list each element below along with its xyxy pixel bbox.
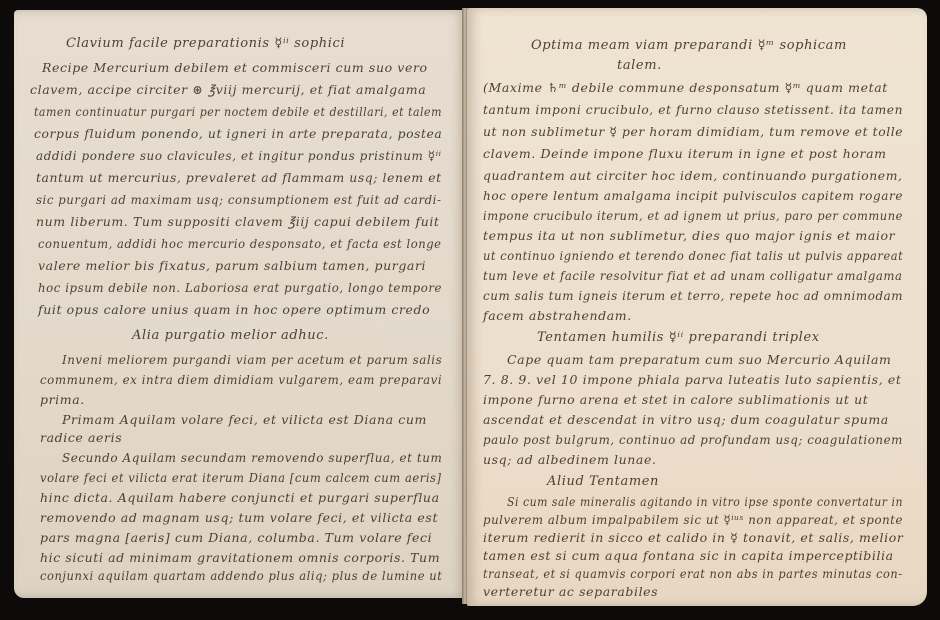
manuscript-line: Recipe Mercurium debilem et commisceri c… (42, 60, 428, 75)
right-manuscript-page: Optima meam viam preparandi ☿ᵐ sophicam … (467, 8, 927, 606)
manuscript-line: num liberum. Tum suppositi clavem ℥iij c… (36, 214, 440, 229)
left-manuscript-page: Clavium facile preparationis ☿ⁱⁱ sophici… (14, 10, 466, 598)
manuscript-line: tantum imponi crucibulo, et furno clauso… (483, 102, 903, 117)
manuscript-line: cum salis tum igneis iterum et terro, re… (483, 288, 903, 303)
manuscript-line: Si cum sale mineralis agitando in vitro … (507, 494, 903, 509)
manuscript-line: tantum ut mercurius, prevaleret ad flamm… (36, 170, 442, 185)
manuscript-line: ut non sublimetur ☿ per horam dimidiam, … (483, 124, 903, 139)
manuscript-line: removendo ad magnam usq; tum volare feci… (40, 510, 438, 525)
manuscript-line: iterum redierit in sicco et calido in ☿ … (483, 530, 903, 545)
manuscript-line: hic sicuti ad minimam gravitationem omni… (40, 550, 440, 565)
manuscript-line: Cape quam tam preparatum cum suo Mercuri… (507, 352, 892, 367)
right-page-subheading-2: Aliud Tentamen (547, 474, 659, 489)
manuscript-line: Secundo Aquilam secundam removendo super… (62, 450, 442, 465)
manuscript-line: clavem, accipe circiter ⊛ ℥viij mercurij… (30, 82, 426, 97)
left-page-subheading: Alia purgatio melior adhuc. (132, 328, 329, 343)
manuscript-line: tamen continuatur purgari per noctem deb… (34, 104, 442, 119)
manuscript-line: facem abstrahendam. (483, 308, 632, 323)
manuscript-line: sic purgari ad maximam usq; consumptione… (36, 192, 441, 207)
manuscript-line: usq; ad albedinem lunae. (483, 452, 657, 467)
manuscript-line: impone furno arena et stet in calore sub… (483, 392, 868, 407)
right-page-subheading: Tentamen humilis ☿ⁱⁱ preparandi triplex (537, 330, 820, 345)
manuscript-line: Primam Aquilam volare feci, et vilicta e… (62, 412, 427, 427)
manuscript-line: pulverem album impalpabilem sic ut ☿ⁱᵘˢ … (483, 512, 903, 527)
manuscript-line: (Maxime ♄ᵐ debile commune desponsatum ☿ᵐ… (483, 80, 888, 95)
manuscript-line: conjunxi aquilam quartam addendo plus al… (40, 568, 442, 583)
manuscript-line: hoc opere lentum amalgama incipit pulvis… (483, 188, 903, 203)
manuscript-line: transeat, et si quamvis corpori erat non… (483, 566, 903, 581)
manuscript-line: tamen est si cum aqua fontana sic in cap… (483, 548, 894, 563)
manuscript-line: ut continuo igniendo et terendo donec fi… (483, 248, 903, 263)
right-page-heading: Optima meam viam preparandi ☿ᵐ sophicam (531, 38, 847, 53)
manuscript-line: communem, ex intra diem dimidiam vulgare… (40, 372, 442, 387)
manuscript-line: clavem. Deinde impone fluxu iterum in ig… (483, 146, 887, 161)
manuscript-line: prima. (40, 392, 85, 407)
manuscript-line: verteretur ac separabiles (483, 584, 658, 599)
manuscript-line: radice aeris (40, 430, 122, 445)
manuscript-line: quadrantem aut circiter hoc idem, contin… (483, 168, 903, 183)
manuscript-line: tum leve et facile resolvitur fiat et ad… (483, 268, 903, 283)
manuscript-line: hinc dicta. Aquilam habere conjuncti et … (40, 490, 440, 505)
manuscript-line: fuit opus calore unius quam in hoc opere… (38, 302, 430, 317)
manuscript-line: conuentum, addidi hoc mercurio desponsat… (38, 236, 442, 251)
manuscript-line: volare feci et vilicta erat iterum Diana… (40, 470, 442, 485)
manuscript-line: tempus ita ut non sublimetur, dies quo m… (483, 228, 895, 243)
manuscript-line: paulo post bulgrum, continuo ad profunda… (483, 432, 903, 447)
manuscript-line: pars magna [aeris] cum Diana, columba. T… (40, 530, 432, 545)
manuscript-line: 7. 8. 9. vel 10 impone phiala parva lute… (483, 372, 901, 387)
manuscript-line: addidi pondere suo clavicules, et ingitu… (36, 148, 442, 163)
right-page-heading-line2: talem. (617, 58, 662, 73)
manuscript-line: Inveni meliorem purgandi viam per acetum… (62, 352, 442, 367)
left-page-heading: Clavium facile preparationis ☿ⁱⁱ sophici (66, 36, 345, 51)
manuscript-line: ascendat et descendat in vitro usq; dum … (483, 412, 889, 427)
manuscript-line: corpus fluidum ponendo, ut igneri in art… (34, 126, 442, 141)
manuscript-line: valere melior bis fixatus, parum salbium… (38, 258, 426, 273)
manuscript-line: hoc ipsum debile non. Laboriosa erat pur… (38, 280, 442, 295)
manuscript-line: impone crucibulo iterum, et ad ignem ut … (483, 208, 903, 223)
